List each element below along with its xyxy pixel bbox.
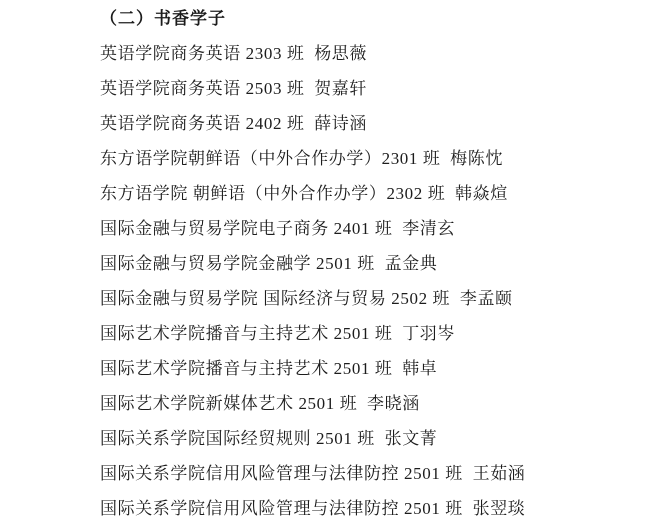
list-item: 国际艺术学院新媒体艺术 2501 班 李晓涵 [100, 386, 666, 421]
list-item: 东方语学院朝鲜语（中外合作办学）2301 班 梅陈忱 [100, 141, 666, 176]
section-heading: （二）书香学子 [100, 1, 666, 36]
list-item: 东方语学院 朝鲜语（中外合作办学）2302 班 韩焱煊 [100, 176, 666, 211]
list-item: 国际金融与贸易学院金融学 2501 班 孟金典 [100, 246, 666, 281]
list-item: 国际金融与贸易学院电子商务 2401 班 李清玄 [100, 211, 666, 246]
list-item: 国际关系学院信用风险管理与法律防控 2501 班 王茹涵 [100, 456, 666, 491]
list-item: 国际关系学院信用风险管理与法律防控 2501 班 张翌琰 [100, 491, 666, 522]
list-item: 英语学院商务英语 2503 班 贺嘉轩 [100, 71, 666, 106]
document-page: （二）书香学子 英语学院商务英语 2303 班 杨思薇 英语学院商务英语 250… [0, 0, 666, 522]
list-item: 国际艺术学院播音与主持艺术 2501 班 丁羽岑 [100, 316, 666, 351]
list-item: 英语学院商务英语 2402 班 薛诗涵 [100, 106, 666, 141]
list-item: 国际关系学院国际经贸规则 2501 班 张文菁 [100, 421, 666, 456]
list-item: 英语学院商务英语 2303 班 杨思薇 [100, 36, 666, 71]
list-item: 国际艺术学院播音与主持艺术 2501 班 韩卓 [100, 351, 666, 386]
list-item: 国际金融与贸易学院 国际经济与贸易 2502 班 李孟颐 [100, 281, 666, 316]
